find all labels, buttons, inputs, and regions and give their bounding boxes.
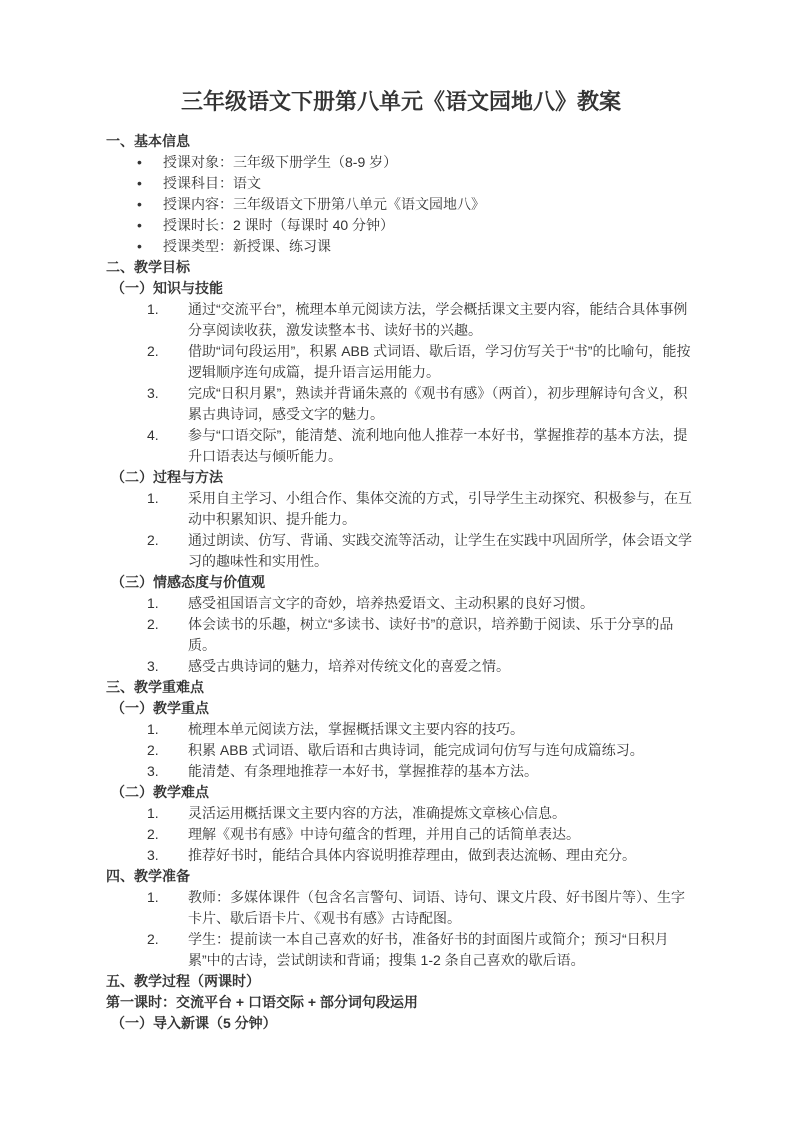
section-heading-key-difficult-points: 三、教学重难点: [106, 677, 696, 698]
first-lesson-line: 第一课时：交流平台 + 口语交际 + 部分词句段运用: [106, 992, 696, 1013]
numbered-item: 教师：多媒体课件（包含名言警句、词语、诗句、课文片段、好书图片等）、生字卡片、歇…: [106, 887, 696, 929]
bullet-item: 授课对象：三年级下册学生（8-9 岁）: [106, 152, 696, 173]
lesson-intro-line: （一）导入新课（5 分钟）: [106, 1013, 696, 1034]
subsection-heading-process-methods: （二）过程与方法: [106, 467, 696, 488]
difficult-points-list: 灵活运用概括课文主要内容的方法，准确提炼文章核心信息。 理解《观书有感》中诗句蕴…: [106, 803, 696, 866]
numbered-item: 梳理本单元阅读方法，掌握概括课文主要内容的技巧。: [106, 719, 696, 740]
section-heading-teaching-process: 五、教学过程（两课时）: [106, 971, 696, 992]
key-points-list: 梳理本单元阅读方法，掌握概括课文主要内容的技巧。 积累 ABB 式词语、歇后语和…: [106, 719, 696, 782]
numbered-item: 积累 ABB 式词语、歇后语和古典诗词，能完成词句仿写与连句成篇练习。: [106, 740, 696, 761]
bullet-item: 授课类型：新授课、练习课: [106, 236, 696, 257]
process-methods-list: 采用自主学习、小组合作、集体交流的方式，引导学生主动探究、积极参与，在互动中积累…: [106, 488, 696, 572]
numbered-item: 参与“口语交际”，能清楚、流利地向他人推荐一本好书，掌握推荐的基本方法，提升口语…: [106, 425, 696, 467]
numbered-item: 通过“交流平台”，梳理本单元阅读方法，学会概括课文主要内容，能结合具体事例分享阅…: [106, 299, 696, 341]
numbered-item: 能清楚、有条理地推荐一本好书，掌握推荐的基本方法。: [106, 761, 696, 782]
document-page: 三年级语文下册第八单元《语文园地八》教案 一、基本信息 授课对象：三年级下册学生…: [0, 0, 794, 1123]
emotion-values-list: 感受祖国语言文字的奇妙，培养热爱语文、主动积累的良好习惯。 体会读书的乐趣，树立…: [106, 593, 696, 677]
bullet-item: 授课时长：2 课时（每课时 40 分钟）: [106, 215, 696, 236]
subsection-heading-emotion-values: （三）情感态度与价值观: [106, 572, 696, 593]
subsection-heading-difficult-points: （二）教学难点: [106, 782, 696, 803]
numbered-item: 借助“词句段运用”，积累 ABB 式词语、歇后语，学习仿写关于“书”的比喻句，能…: [106, 341, 696, 383]
numbered-item: 完成“日积月累”，熟读并背诵朱熹的《观书有感》（两首），初步理解诗句含义，积累古…: [106, 383, 696, 425]
section-heading-basic-info: 一、基本信息: [106, 131, 696, 152]
numbered-item: 灵活运用概括课文主要内容的方法，准确提炼文章核心信息。: [106, 803, 696, 824]
numbered-item: 感受祖国语言文字的奇妙，培养热爱语文、主动积累的良好习惯。: [106, 593, 696, 614]
numbered-item: 理解《观书有感》中诗句蕴含的哲理，并用自己的话简单表达。: [106, 824, 696, 845]
subsection-heading-key-points: （一）教学重点: [106, 698, 696, 719]
numbered-item: 体会读书的乐趣，树立“多读书、读好书”的意识，培养勤于阅读、乐于分享的品质。: [106, 614, 696, 656]
numbered-item: 采用自主学习、小组合作、集体交流的方式，引导学生主动探究、积极参与，在互动中积累…: [106, 488, 696, 530]
numbered-item: 通过朗读、仿写、背诵、实践交流等活动，让学生在实践中巩固所学，体会语文学习的趣味…: [106, 530, 696, 572]
subsection-heading-knowledge-skills: （一）知识与技能: [106, 278, 696, 299]
numbered-item: 学生：提前读一本自己喜欢的好书，准备好书的封面图片或简介；预习“日积月累”中的古…: [106, 929, 696, 971]
numbered-item: 感受古典诗词的魅力，培养对传统文化的喜爱之情。: [106, 656, 696, 677]
basic-info-list: 授课对象：三年级下册学生（8-9 岁） 授课科目：语文 授课内容：三年级语文下册…: [106, 152, 696, 257]
bullet-item: 授课内容：三年级语文下册第八单元《语文园地八》: [106, 194, 696, 215]
knowledge-skills-list: 通过“交流平台”，梳理本单元阅读方法，学会概括课文主要内容，能结合具体事例分享阅…: [106, 299, 696, 467]
numbered-item: 推荐好书时，能结合具体内容说明推荐理由，做到表达流畅、理由充分。: [106, 845, 696, 866]
section-heading-teaching-goals: 二、教学目标: [106, 257, 696, 278]
document-title: 三年级语文下册第八单元《语文园地八》教案: [106, 86, 696, 118]
section-heading-preparation: 四、教学准备: [106, 866, 696, 887]
bullet-item: 授课科目：语文: [106, 173, 696, 194]
preparation-list: 教师：多媒体课件（包含名言警句、词语、诗句、课文片段、好书图片等）、生字卡片、歇…: [106, 887, 696, 971]
